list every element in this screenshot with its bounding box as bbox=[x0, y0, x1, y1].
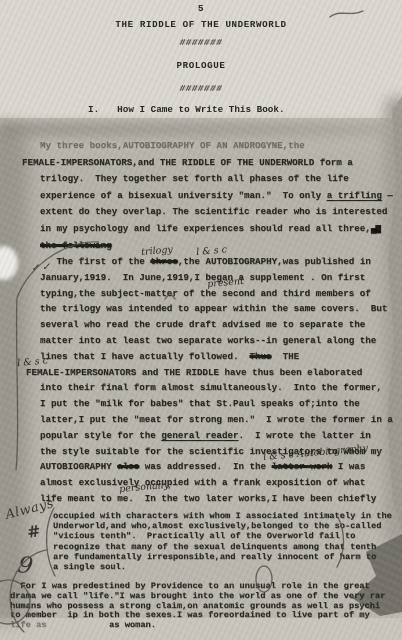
manuscript-line: lines that I have actually followed. Thu… bbox=[40, 349, 393, 365]
manuscript-line: typing,the subject-matter of thepresent … bbox=[40, 286, 393, 302]
manuscript-line: almost exclusively occupied with a frank… bbox=[40, 475, 393, 491]
manuscript-line: "vicious tenth". Practically all of the … bbox=[53, 531, 392, 541]
page-number: 5 bbox=[0, 3, 402, 14]
manuscript-line: Underworld,and who,almost exclusively,be… bbox=[53, 521, 392, 531]
manuscript-line: occupied with characters with whom I ass… bbox=[53, 511, 392, 521]
manuscript-line: the trilogy was intended to appear withi… bbox=[40, 301, 393, 317]
paragraph-predestined: For I was predestined by Providence to a… bbox=[10, 582, 385, 631]
manuscript-line: life as as woman. bbox=[10, 621, 385, 631]
manuscript-line: FEMALE-IMPERSONATORS,and THE RIDDLE OF T… bbox=[22, 155, 393, 172]
manuscript-line: latter,I put the "meat for strong men." … bbox=[40, 412, 393, 428]
prologue-heading: PROLOGUE bbox=[0, 60, 402, 71]
manuscript-line: The first of the trilogythree,the l & s … bbox=[40, 254, 393, 270]
margin-hash-mark: # bbox=[26, 521, 42, 542]
manuscript-line: I put the "milk for babes" that St.Paul … bbox=[40, 396, 393, 412]
typed-separator-2: ####### bbox=[0, 83, 402, 94]
manuscript-line: matter into at least two separate works-… bbox=[40, 333, 393, 349]
manuscript-line: recognize that many of the sexual delinq… bbox=[53, 542, 392, 552]
section-title: How I Came to Write This Book. bbox=[117, 104, 284, 115]
manuscript-line: life meant to mepersonally,. In the two … bbox=[40, 491, 393, 507]
manuscript-line: in my psychology and life experiences sh… bbox=[40, 221, 393, 238]
typed-separator-1: ####### bbox=[0, 37, 402, 48]
paragraph-publication-history: The first of the trilogythree,the l & s … bbox=[40, 254, 393, 507]
manuscript-page: 5 THE RIDDLE OF THE UNDERWORLD ####### P… bbox=[0, 0, 402, 640]
manuscript-line: extent do they overlap. The scientific r… bbox=[40, 204, 393, 221]
manuscript-line: My three books,AUTOBIOGRAPHY OF AN ANDRO… bbox=[40, 138, 393, 155]
paragraph-vicious-tenth: occupied with characters with whom I ass… bbox=[53, 511, 392, 572]
manuscript-line: a single soul. bbox=[53, 562, 392, 572]
manuscript-line: l & s cFEMALE-IMPERSONATORS and THE RIDD… bbox=[26, 365, 393, 381]
manuscript-line: experience of a bisexual university "man… bbox=[40, 188, 393, 205]
paragraph-trilogy-intro: My three books,AUTOBIOGRAPHY OF AN ANDRO… bbox=[40, 138, 393, 254]
manuscript-line: popular style for the general reader. I … bbox=[40, 428, 393, 444]
manuscript-line: AUTOBIOGRAPHY also was addressed. In the… bbox=[40, 459, 393, 475]
section-number: I. bbox=[88, 104, 99, 115]
manuscript-line: into their final form almost simultaneou… bbox=[40, 380, 393, 396]
section-heading: I. How I Came to Write This Book. bbox=[88, 104, 285, 115]
manuscript-line: trilogy. They together set forth all pha… bbox=[40, 171, 393, 188]
document-title: THE RIDDLE OF THE UNDERWORLD bbox=[0, 19, 402, 30]
manuscript-line: several who read the crude draft advised… bbox=[40, 317, 393, 333]
manuscript-line: are fundamentally irresponsible,and real… bbox=[53, 552, 392, 562]
